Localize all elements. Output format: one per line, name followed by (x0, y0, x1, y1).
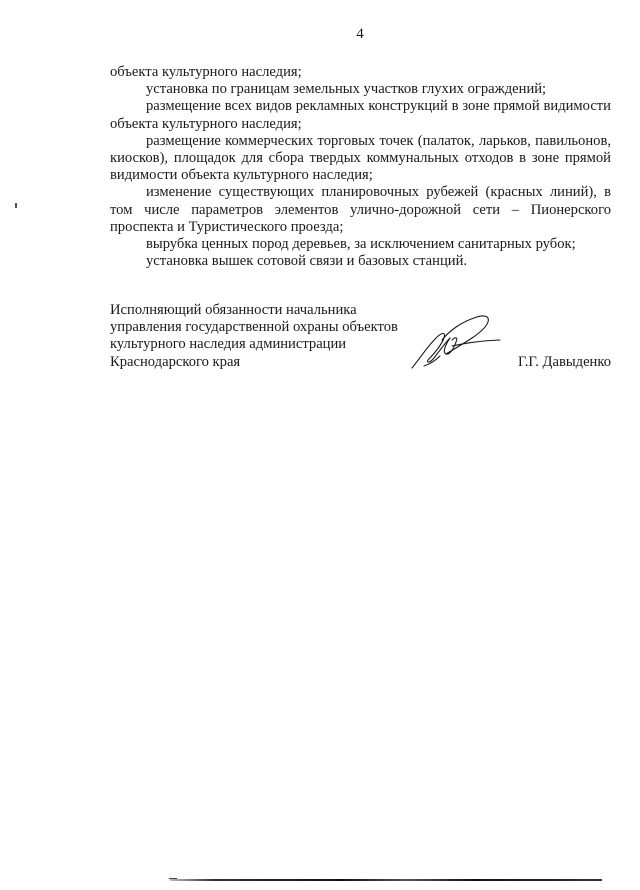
signatory-name: Г.Г. Давыденко (518, 354, 611, 371)
signatory-title-line-2: управления государственной охраны объект… (110, 319, 611, 336)
signatory-title-line-1: Исполняющий обязанности начальника (110, 302, 611, 319)
paragraph-red-lines: изменение существующих планировочных руб… (110, 184, 611, 236)
paragraph-fences: установка по границам земельных участков… (110, 81, 611, 98)
paragraph-cell-towers: установка вышек сотовой связи и базовых … (110, 253, 611, 270)
page-number: 4 (0, 26, 640, 43)
paragraph-commercial-points: размещение коммерческих торговых точек (… (110, 133, 611, 185)
document-body: объекта культурного наследия; установка … (110, 64, 611, 270)
signature-block: Исполняющий обязанности начальника управ… (110, 302, 611, 371)
paragraph-advertising: размещение всех видов рекламных конструк… (110, 98, 611, 132)
paragraph-tree-felling: вырубка ценных пород деревьев, за исключ… (110, 236, 611, 253)
handwritten-signature-icon (406, 308, 506, 370)
signatory-title-line-3: культурного наследия администрации (110, 336, 611, 353)
paragraph-continuation: объекта культурного наследия; (110, 64, 611, 81)
scan-artifact-tick (15, 203, 17, 208)
scan-artifact-line (170, 879, 602, 881)
